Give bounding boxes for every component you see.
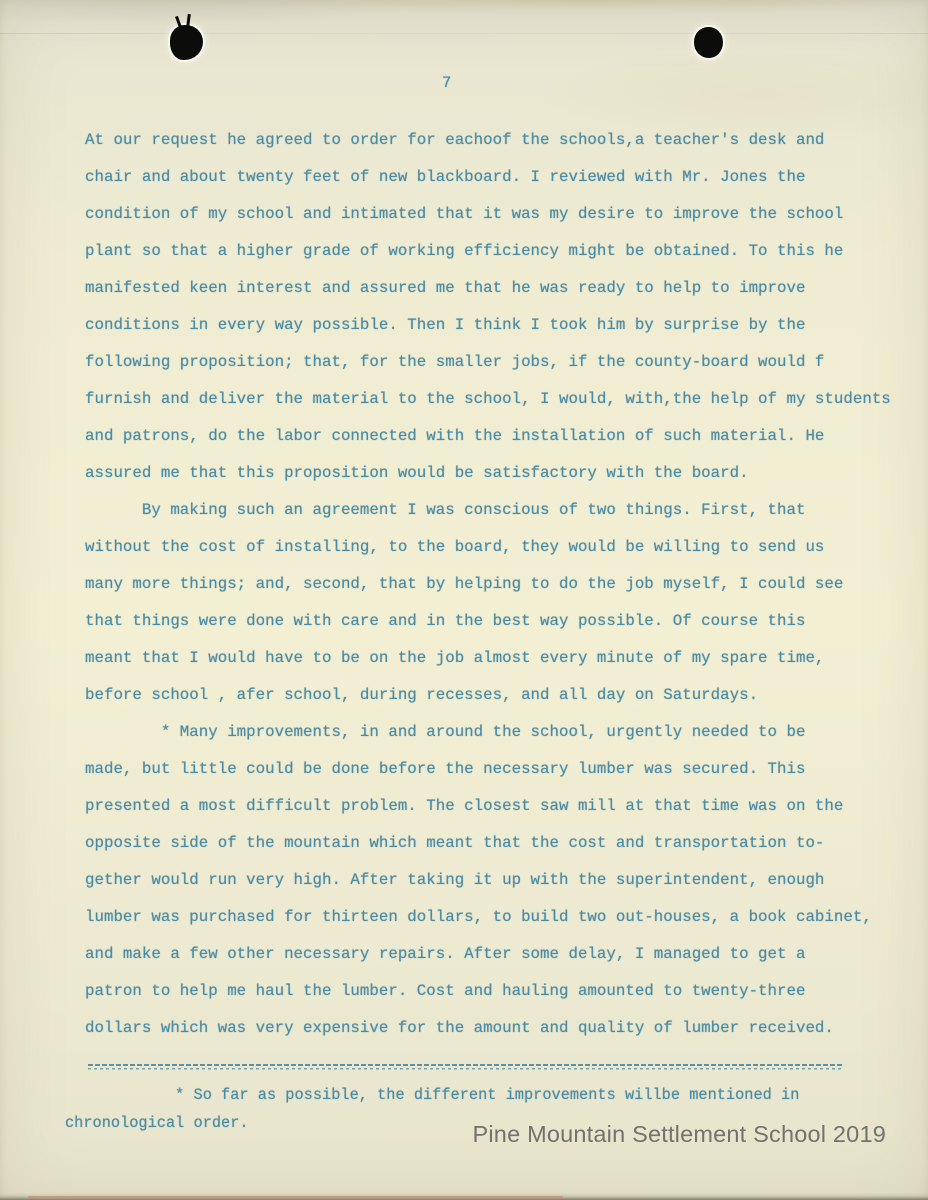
scanned-document-page: 7 At our request he agreed to order for … <box>0 0 928 1200</box>
text-line: manifested keen interest and assured me … <box>85 270 908 307</box>
page-number: 7 <box>442 74 451 92</box>
text-line: At our request he agreed to order for ea… <box>85 122 908 159</box>
text-line: following proposition; that, for the sma… <box>85 344 908 381</box>
paper-bottom-edge-tint <box>28 1196 563 1199</box>
text-line: and make a few other necessary repairs. … <box>85 936 908 973</box>
text-line: chair and about twenty feet of new black… <box>85 159 908 196</box>
text-line: lumber was purchased for thirteen dollar… <box>85 899 908 936</box>
text-line: made, but little could be done before th… <box>85 751 908 788</box>
text-line: By making such an agreement I was consci… <box>85 492 908 529</box>
footnote-line: * So far as possible, the different impr… <box>65 1082 908 1110</box>
hole-punch-left <box>170 25 203 60</box>
text-line: conditions in every way possible. Then I… <box>85 307 908 344</box>
text-line: patron to help me haul the lumber. Cost … <box>85 973 908 1010</box>
typewritten-body: At our request he agreed to order for ea… <box>85 122 908 1047</box>
text-line: gether would run very high. After taking… <box>85 862 908 899</box>
text-line: presented a most difficult problem. The … <box>85 788 908 825</box>
watermark-text: Pine Mountain Settlement School 2019 <box>473 1121 887 1148</box>
text-line: meant that I would have to be on the job… <box>85 640 908 677</box>
hole-punch-right <box>694 27 723 58</box>
text-line: condition of my school and intimated tha… <box>85 196 908 233</box>
text-line: before school , afer school, during rece… <box>85 677 908 714</box>
footnote-separator-line <box>88 1064 842 1070</box>
text-line: dollars which was very expensive for the… <box>85 1010 908 1047</box>
text-line: that things were done with care and in t… <box>85 603 908 640</box>
text-line: plant so that a higher grade of working … <box>85 233 908 270</box>
text-line: furnish and deliver the material to the … <box>85 381 908 418</box>
text-line: and patrons, do the labor connected with… <box>85 418 908 455</box>
text-line: assured me that this proposition would b… <box>85 455 908 492</box>
text-line: many more things; and, second, that by h… <box>85 566 908 603</box>
text-line: without the cost of installing, to the b… <box>85 529 908 566</box>
paper-top-crease <box>0 33 928 34</box>
text-line: * Many improvements, in and around the s… <box>85 714 908 751</box>
text-line: opposite side of the mountain which mean… <box>85 825 908 862</box>
